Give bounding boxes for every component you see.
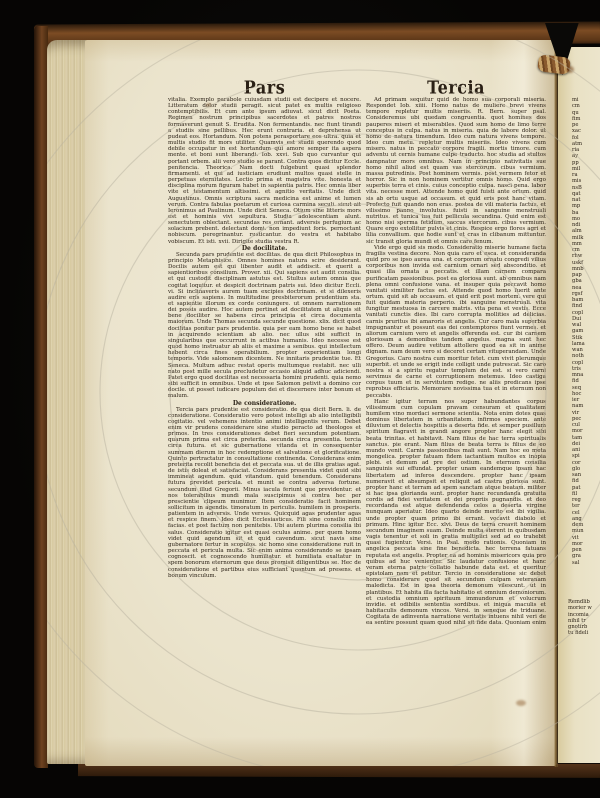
text-column-right: Ad primam sequitur quid de homo sua corp… (366, 97, 546, 696)
facing-page-note-text: Remdlib morier w incomia nihil tr gnotir… (568, 599, 599, 641)
right-column-paragraph-3: Hanc igitur terram nos super habundantes… (366, 399, 546, 625)
right-column-paragraph-2: Vide ergo quid sis modo. Consideratio mi… (366, 245, 546, 399)
left-column-paragraph-1: vitalia. Exemplo parabole cuiusdam studi… (168, 97, 361, 245)
facing-page-cutoff-text: mi cm qu fim pe xac fol atm ria ay pp mi… (572, 97, 599, 569)
section-heading-de-docilitate: De docilitate. (168, 245, 361, 252)
left-column-paragraph-3: Tercia pars prudentie est consideratio. … (168, 407, 361, 579)
page-header-pars: Pars (168, 77, 361, 97)
facing-page-sliver: mi cm qu fim pe xac fol atm ria ay pp mi… (558, 47, 600, 763)
page-stain (566, 66, 574, 73)
page-stain (516, 700, 526, 706)
book-cover-left-edge (34, 26, 48, 768)
section-heading-de-consideratione: De consideratione. (168, 400, 361, 407)
page-stain (206, 103, 211, 107)
fore-edge-leaf-stack (47, 40, 86, 764)
book-page: Pars Tercia vitalia. Exemplo parabole cu… (85, 40, 557, 766)
right-column-paragraph-1: Ad primam sequitur quid de homo sua corp… (366, 97, 546, 245)
page-header-tercia: Tercia (366, 77, 546, 97)
left-column-paragraph-2: Secunda pars prudentie est docilitas. de… (168, 252, 361, 400)
text-column-left: vitalia. Exemplo parabole cuiusdam studi… (168, 97, 361, 689)
